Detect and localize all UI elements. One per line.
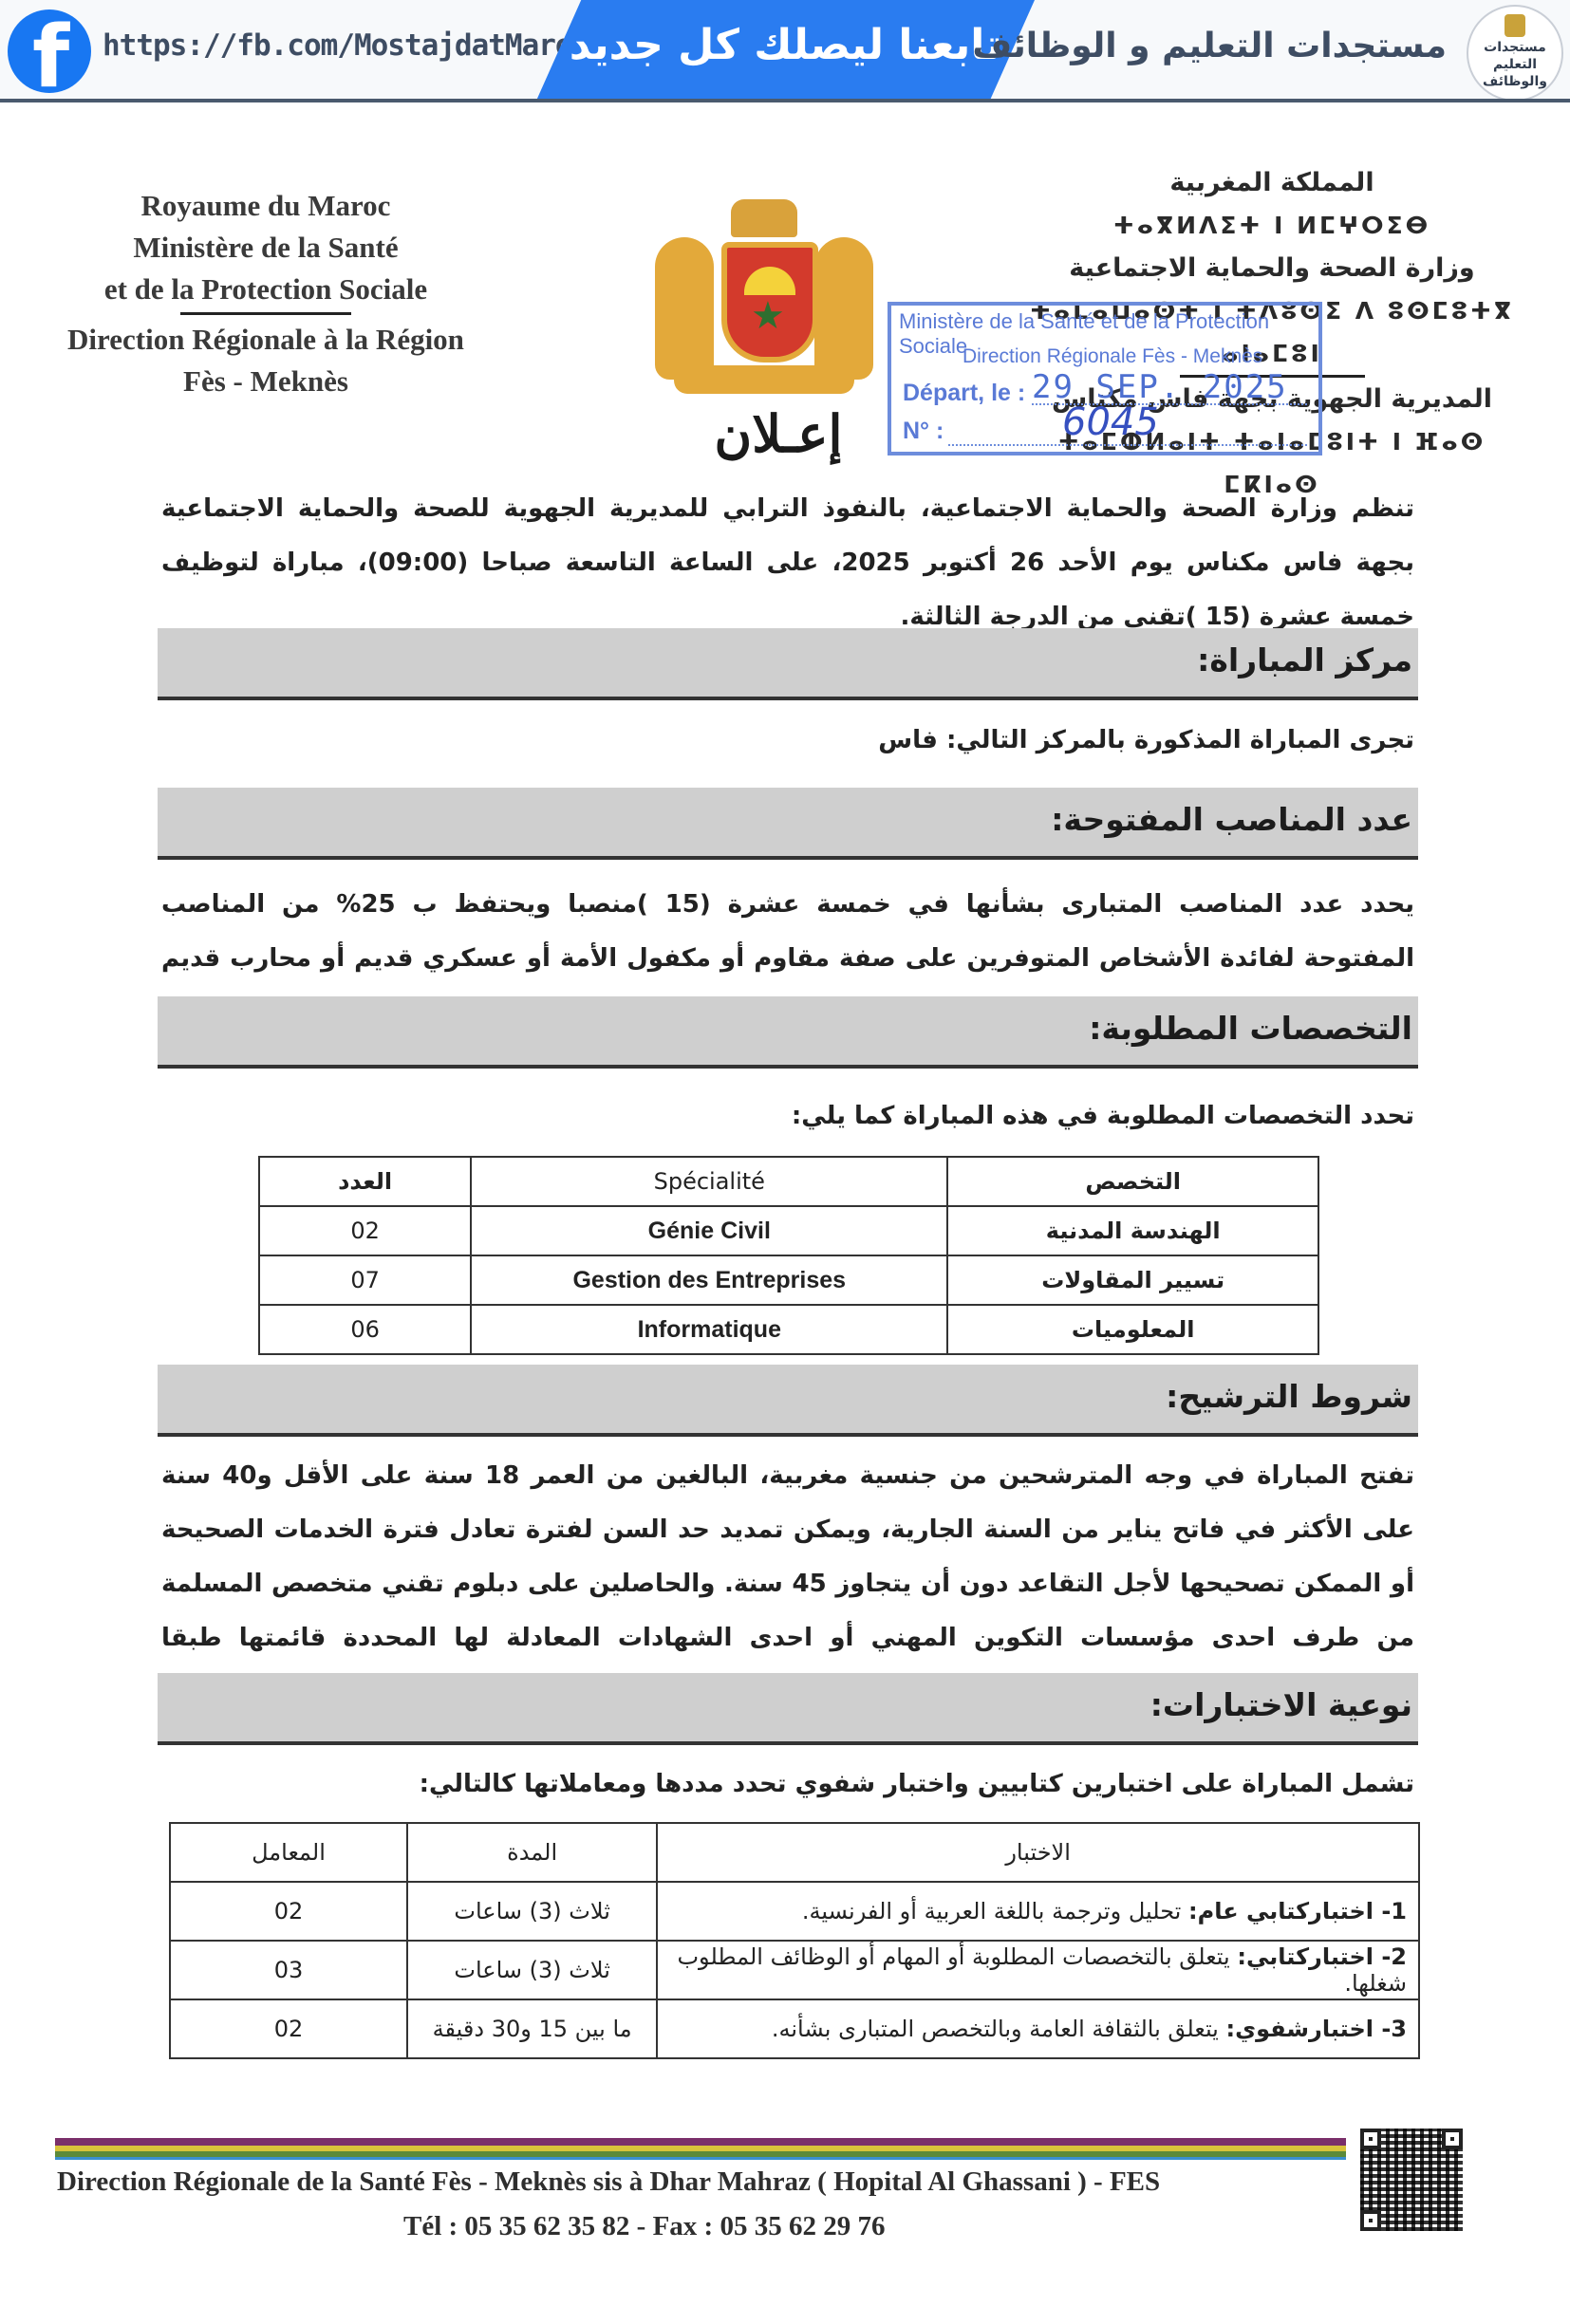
crest-icon bbox=[1505, 14, 1525, 37]
stamp-direction: Direction Régionale Fès - Meknès bbox=[963, 345, 1262, 368]
letterhead-tifinagh-line-1: ⵜⴰⴳⵍⴷⵉⵜ ⵏ ⵍⵎⵖⵔⵉⴱ bbox=[1006, 204, 1538, 247]
qr-finder-icon bbox=[1360, 2129, 1381, 2149]
cell-coefficient: 02 bbox=[170, 1882, 407, 1941]
letterhead-divider bbox=[180, 312, 351, 315]
stamp-number-line bbox=[948, 444, 1307, 446]
qr-code-icon bbox=[1360, 2129, 1463, 2231]
letterhead-fr-line-4: Direction Régionale à la Région bbox=[38, 319, 494, 361]
coat-of-arms-icon: ★ bbox=[655, 199, 873, 403]
crown-icon bbox=[731, 199, 797, 237]
stripe-purple bbox=[55, 2138, 1346, 2146]
cell-test: 2- اختباركتابي: يتعلق بالتخصصات المطلوبة… bbox=[657, 1941, 1419, 1999]
section-title-specialties: التخصصات المطلوبة: bbox=[1089, 1010, 1412, 1047]
cell-specialty-ar: المعلوميات bbox=[947, 1305, 1318, 1354]
intro-text-2: ، على الساعة التاسعة صباحا (09:00)، مبار… bbox=[161, 548, 841, 577]
cell-specialty-ar: تسيير المقاولات bbox=[947, 1255, 1318, 1305]
site-logo: مستجدات التعليم والوظائف bbox=[1467, 5, 1563, 102]
test-label: 2- اختباركتابي: bbox=[1237, 1943, 1407, 1970]
table-row: 1- اختباركتابي عام: تحليل وترجمة باللغة … bbox=[170, 1882, 1419, 1941]
stamp-number-label: N° : bbox=[903, 418, 944, 445]
cell-count: 07 bbox=[259, 1255, 471, 1305]
table-row: 07 Gestion des Entreprises تسيير المقاول… bbox=[259, 1255, 1318, 1305]
qr-finder-icon bbox=[1360, 2210, 1381, 2231]
banner-divider bbox=[0, 99, 1570, 102]
center-text: تجرى المباراة المذكورة بالمركز التالي: ف… bbox=[161, 714, 1414, 768]
ribbon-icon bbox=[674, 365, 854, 394]
footer-contact: Tél : 05 35 62 35 82 - Fax : 05 35 62 29… bbox=[403, 2211, 885, 2242]
intro-paragraph: تنظم وزارة الصحة والحماية الاجتماعية، با… bbox=[161, 482, 1414, 644]
cell-specialty-fr: Génie Civil bbox=[471, 1206, 947, 1255]
cell-coefficient: 03 bbox=[170, 1941, 407, 1999]
specialties-table: العدد Spécialité التخصص 02 Génie Civil ا… bbox=[258, 1156, 1319, 1355]
shield-icon: ★ bbox=[721, 242, 818, 363]
section-title-conditions: شروط الترشيح: bbox=[1166, 1378, 1412, 1415]
cell-test: 3- اختبارشفوي: يتعلق بالثقافة العامة وبا… bbox=[657, 1999, 1419, 2058]
sun-icon bbox=[744, 267, 795, 295]
tests-text: تشمل المباراة على اختبارين كتابيين واختب… bbox=[161, 1757, 1414, 1812]
table-row: 3- اختبارشفوي: يتعلق بالثقافة العامة وبا… bbox=[170, 1999, 1419, 2058]
cell-count: 06 bbox=[259, 1305, 471, 1354]
posts-count: خمسة عشرة bbox=[728, 890, 891, 919]
footer-color-stripes bbox=[55, 2138, 1346, 2160]
letterhead-fr-line-1: Royaume du Maroc bbox=[38, 185, 494, 227]
section-title-center: مركز المباراة: bbox=[1197, 641, 1412, 679]
document-title: إعـلان bbox=[702, 403, 854, 464]
logo-text-2: والوظائف bbox=[1468, 73, 1561, 90]
col-header-count: العدد bbox=[259, 1157, 471, 1206]
top-banner: f https://fb.com/MostajdatMaroc تابعنا ل… bbox=[0, 0, 1570, 102]
cell-specialty-fr: Gestion des Entreprises bbox=[471, 1255, 947, 1305]
intro-date: الأحد 26 أكتوبر 2025 bbox=[841, 548, 1116, 577]
facebook-icon[interactable]: f bbox=[8, 9, 91, 93]
cell-duration: ما بين 15 و30 دقيقة bbox=[407, 1999, 657, 2058]
col-header-coefficient: المعامل bbox=[170, 1823, 407, 1882]
table-header-row: العدد Spécialité التخصص bbox=[259, 1157, 1318, 1206]
letterhead-fr-line-2: Ministère de la Santé bbox=[38, 227, 494, 269]
stamp-depart-label: Départ, le : bbox=[903, 380, 1025, 407]
facebook-link[interactable]: https://fb.com/MostajdatMaroc bbox=[103, 28, 589, 63]
col-header-duration: المدة bbox=[407, 1823, 657, 1882]
table-header-row: الاختبار المدة المعامل bbox=[170, 1823, 1419, 1882]
col-header-test: الاختبار bbox=[657, 1823, 1419, 1882]
posts-text-1: يحدد عدد المناصب المتبارى بشأنها في bbox=[908, 890, 1414, 919]
col-header-specialty-fr: Spécialité bbox=[471, 1157, 947, 1206]
section-header-specialties: التخصصات المطلوبة: bbox=[158, 996, 1418, 1069]
section-header-posts: عدد المناصب المفتوحة: bbox=[158, 788, 1418, 860]
test-label: 3- اختبارشفوي: bbox=[1226, 2016, 1407, 2042]
letterhead-fr-line-3: et de la Protection Sociale bbox=[38, 269, 494, 310]
cell-specialty-fr: Informatique bbox=[471, 1305, 947, 1354]
table-row: 02 Génie Civil الهندسة المدنية bbox=[259, 1206, 1318, 1255]
follow-text: تابعنا ليصلك كل جديد bbox=[536, 21, 1035, 69]
star-icon: ★ bbox=[751, 297, 785, 335]
table-row: 2- اختباركتابي: يتعلق بالتخصصات المطلوبة… bbox=[170, 1941, 1419, 1999]
section-header-center: مركز المباراة: bbox=[158, 628, 1418, 700]
section-header-tests: نوعية الاختبارات: bbox=[158, 1673, 1418, 1745]
col-header-specialty-ar: التخصص bbox=[947, 1157, 1318, 1206]
cell-duration: ثلاث (3) ساعات bbox=[407, 1941, 657, 1999]
letterhead-ar-line-1: المملكة المغربية bbox=[1006, 161, 1538, 204]
section-title-posts: عدد المناصب المفتوحة: bbox=[1051, 801, 1412, 838]
table-row: 06 Informatique المعلوميات bbox=[259, 1305, 1318, 1354]
specialties-text: تحدد التخصصات المطلوبة في هذه المباراة ك… bbox=[161, 1089, 1414, 1143]
stamp-number: 6045 bbox=[1062, 400, 1159, 444]
cell-count: 02 bbox=[259, 1206, 471, 1255]
footer-address: Direction Régionale de la Santé Fès - Me… bbox=[57, 2166, 1338, 2198]
letterhead-french: Royaume du Maroc Ministère de la Santé e… bbox=[38, 185, 494, 402]
tests-table: الاختبار المدة المعامل 1- اختباركتابي عا… bbox=[169, 1822, 1420, 2059]
test-label: 1- اختباركتابي عام: bbox=[1188, 1898, 1407, 1924]
departure-stamp: Ministère de la Santé et de la Protectio… bbox=[888, 302, 1322, 456]
section-title-tests: نوعية الاختبارات: bbox=[1150, 1686, 1412, 1723]
lion-right-icon bbox=[814, 237, 873, 380]
letterhead-fr-line-5: Fès - Meknès bbox=[38, 361, 494, 402]
intro-count: خمسة عشرة (15 )تقني من الدرجة الثالثة. bbox=[900, 603, 1414, 631]
lion-left-icon bbox=[655, 237, 714, 380]
cell-specialty-ar: الهندسة المدنية bbox=[947, 1206, 1318, 1255]
logo-text-1: مستجدات التعليم bbox=[1468, 39, 1561, 73]
site-name: مستجدات التعليم و الوظائف bbox=[972, 27, 1447, 65]
cell-test: 1- اختباركتابي عام: تحليل وترجمة باللغة … bbox=[657, 1882, 1419, 1941]
cell-coefficient: 02 bbox=[170, 1999, 407, 2058]
test-desc: تحليل وترجمة باللغة العربية أو الفرنسية. bbox=[802, 1898, 1182, 1924]
qr-finder-icon bbox=[1442, 2129, 1463, 2149]
test-desc: يتعلق بالثقافة العامة وبالتخصص المتبارى … bbox=[772, 2016, 1219, 2042]
section-header-conditions: شروط الترشيح: bbox=[158, 1365, 1418, 1437]
letterhead-ar-line-2: وزارة الصحة والحماية الاجتماعية bbox=[1006, 247, 1538, 289]
cell-duration: ثلاث (3) ساعات bbox=[407, 1882, 657, 1941]
stripe-blue bbox=[55, 2157, 1346, 2160]
